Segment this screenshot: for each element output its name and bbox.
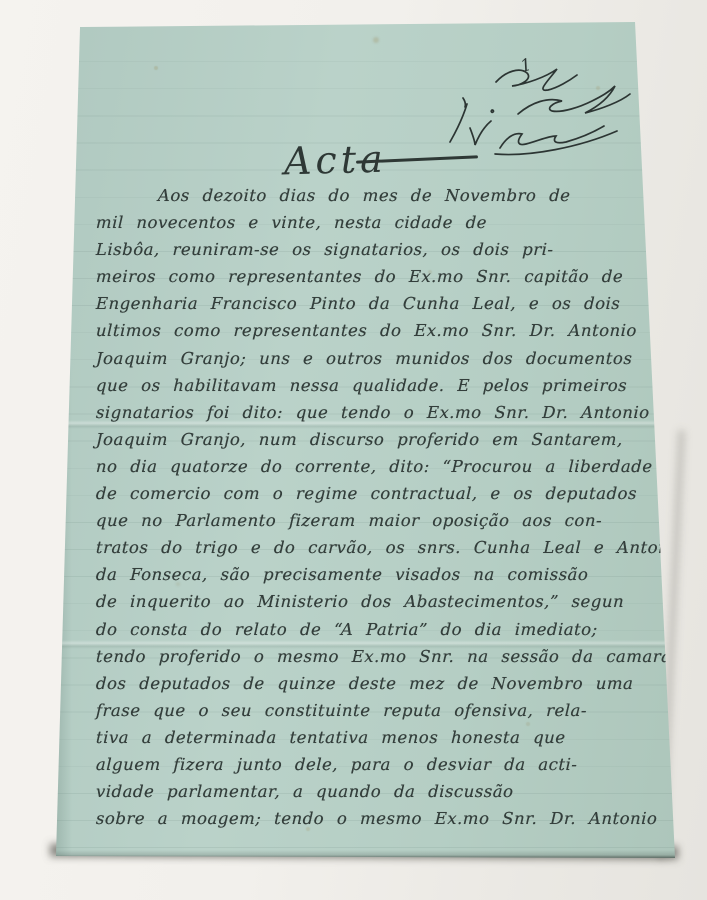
manuscript-line: frase que o seu constituinte reputa ofen… [96,697,657,724]
manuscript-line: que no Parlamento fizeram maior oposição… [96,507,657,534]
manuscript-line: de inquerito ao Ministerio dos Abastecim… [96,588,657,615]
foxing-spots [56,22,60,26]
manuscript-line: dos deputados de quinze deste mez de Nov… [96,670,657,697]
photo-backdrop: 1 Acta Aos dezoito dias do mes de Novemb… [0,0,707,900]
manuscript-line: tiva a determinada tentativa menos hones… [96,724,657,751]
manuscript-page: 1 Acta Aos dezoito dias do mes de Novemb… [56,22,675,858]
manuscript-line: signatarios foi dito: que tendo o Ex.mo … [96,399,657,426]
manuscript-line: Aos dezoito dias do mes de Novembro de [96,182,657,209]
paraph-signature-icon [495,69,630,155]
manuscript-line: Joaquim Granjo; uns e outros munidos dos… [96,345,657,372]
manuscript-line: que os habilitavam nessa qualidade. E pe… [96,372,657,399]
manuscript-line: ultimos como representantes do Ex.mo Snr… [96,317,657,344]
manuscript-line: Engenharia Francisco Pinto da Cunha Leal… [96,290,657,317]
manuscript-line: da Fonseca, são precisamente visados na … [96,561,657,588]
manuscript-line: tratos do trigo e do carvão, os snrs. Cu… [96,534,657,561]
page-number: 1 [518,55,533,77]
manuscript-line: mil novecentos e vinte, nesta cidade de [96,209,657,236]
manuscript-line: de comercio com o regime contractual, e … [96,480,657,507]
manuscript-line: do consta do relato de “A Patria” do dia… [96,616,657,643]
manuscript-line: Lisbôa, reuniram-se os signatarios, os d… [96,236,657,263]
initials-rubric-icon [450,98,493,145]
manuscript-line: meiros como representantes do Ex.mo Snr.… [96,263,657,290]
manuscript-line: sobre a moagem; tendo o mesmo Ex.mo Snr.… [96,805,657,832]
manuscript-line: tendo proferido o mesmo Ex.mo Snr. na se… [96,643,657,670]
manuscript-line: no dia quatorze do corrente, dito: “Proc… [96,453,657,480]
manuscript-body: Aos dezoito dias do mes de Novembro demi… [96,182,656,832]
manuscript-line: vidade parlamentar, a quando da discussã… [96,778,657,805]
manuscript-line: Joaquim Granjo, num discurso proferido e… [96,426,657,453]
manuscript-line: alguem fizera junto dele, para o desviar… [96,751,657,778]
